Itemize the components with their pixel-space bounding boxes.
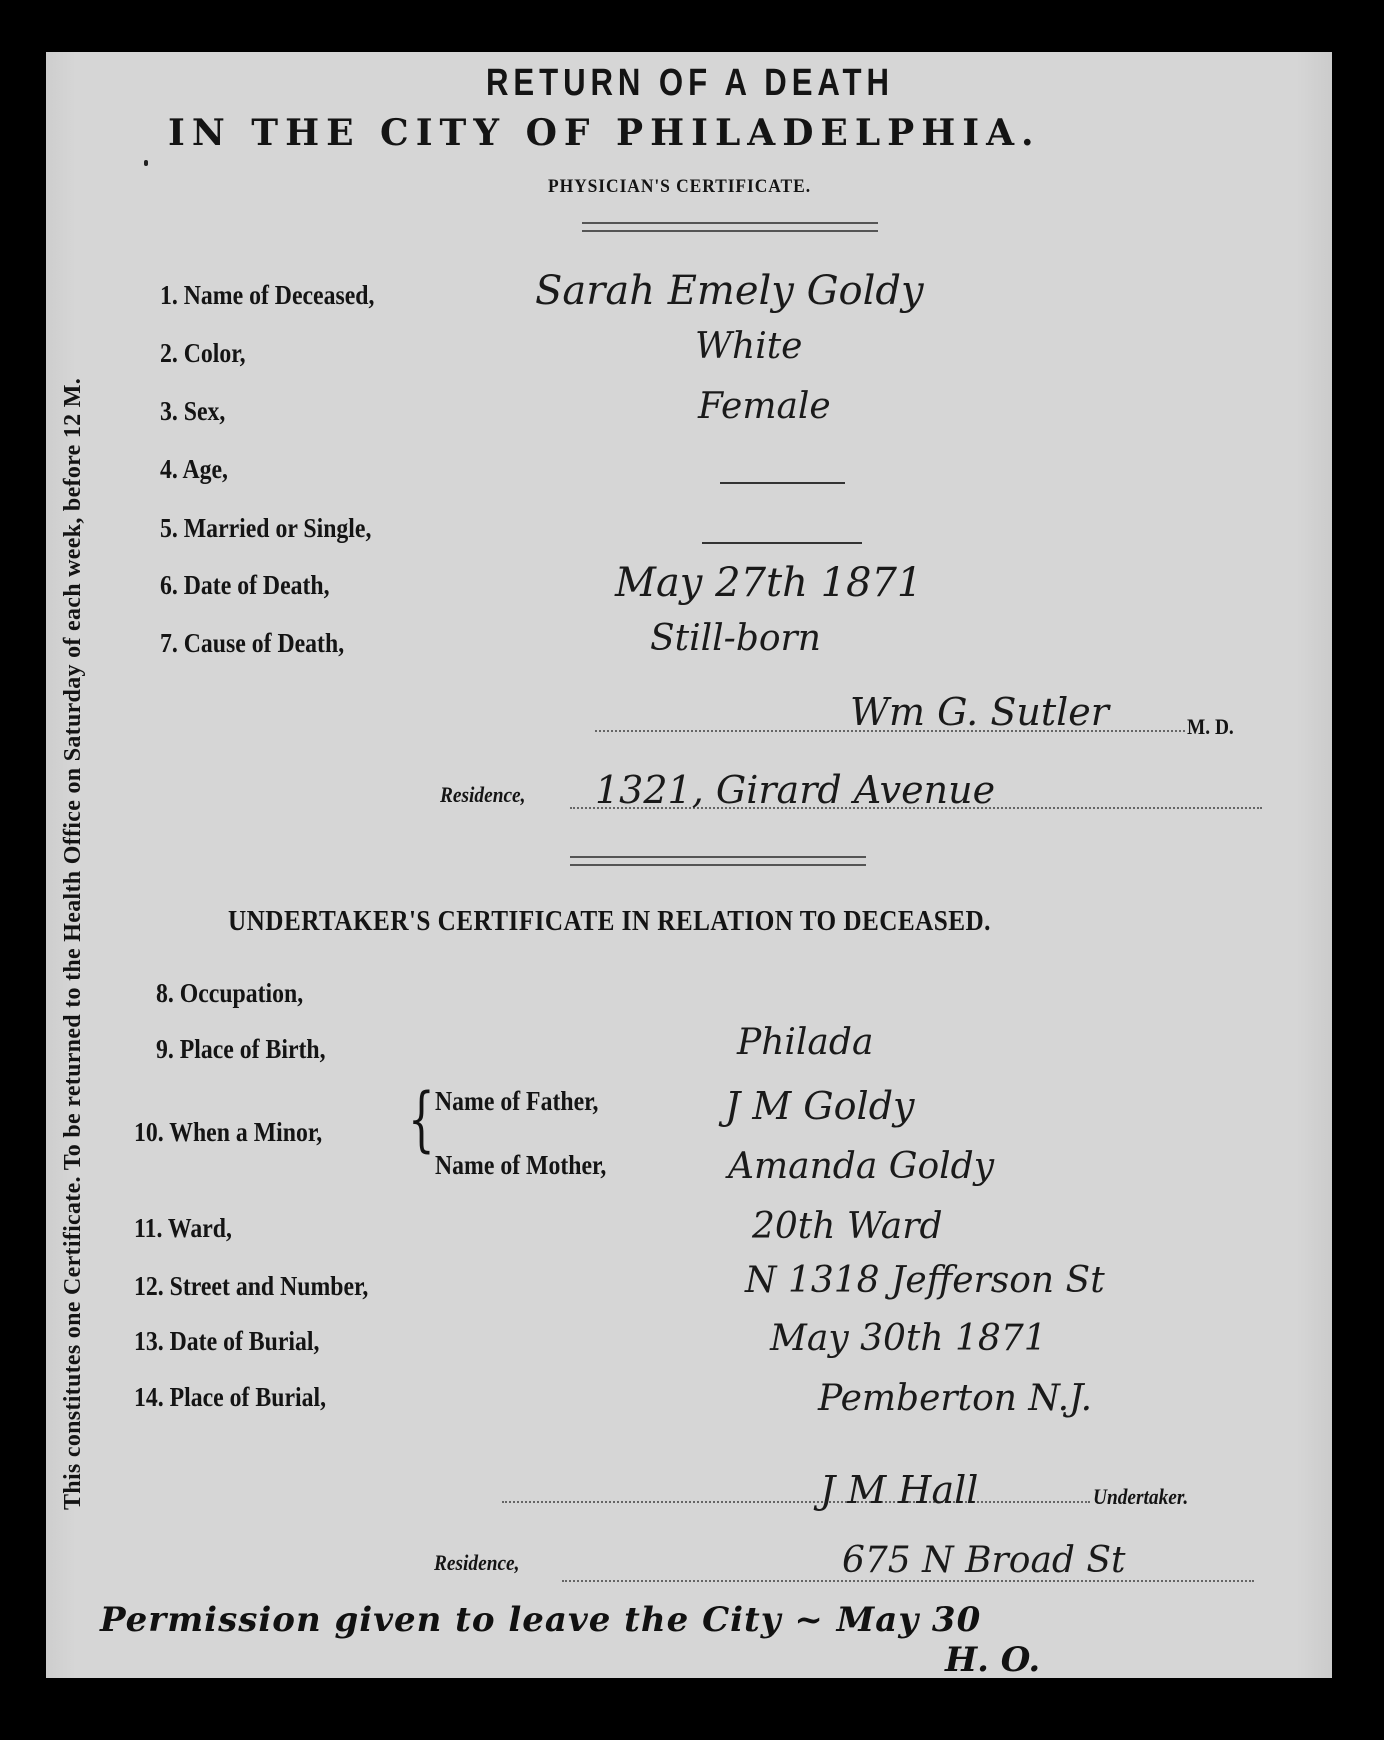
field-value-burial-place: Pemberton N.J.	[818, 1378, 1092, 1419]
undertaker-residence-label: Residence,	[434, 1550, 519, 1576]
md-suffix: M. D.	[1187, 714, 1234, 740]
field-value-sex: Female	[698, 386, 831, 427]
field-label-sex: 3. Sex,	[160, 396, 225, 427]
field-value-date-death: May 27th 1871	[615, 560, 922, 606]
field-label-birthplace: 9. Place of Birth,	[156, 1034, 326, 1065]
field-label-burial-place: 14. Place of Burial,	[134, 1382, 326, 1413]
field-value-name: Sarah Emely Goldy	[535, 268, 924, 314]
field-label-street: 12. Street and Number,	[134, 1271, 368, 1302]
field-label-date-death: 6. Date of Death,	[160, 570, 330, 601]
double-rule	[570, 856, 866, 866]
field-label-burial-date: 13. Date of Burial,	[134, 1326, 319, 1357]
undertaker-residence-value: 675 N Broad St	[842, 1540, 1126, 1581]
field-label-cause: 7. Cause of Death,	[160, 628, 344, 659]
physician-signature: Wm G. Sutler	[850, 690, 1109, 734]
document-title: RETURN OF A DEATH	[486, 62, 894, 105]
field-value-color: White	[695, 326, 802, 367]
field-value-street: N 1318 Jefferson St	[745, 1260, 1105, 1301]
field-value-cause: Still-born	[650, 618, 821, 659]
permission-annotation: Permission given to leave the City ~ May…	[100, 1600, 981, 1640]
document-subtitle: IN THE CITY OF PHILADELPHIA.	[168, 112, 1041, 154]
field-label-marital: 5. Married or Single,	[160, 513, 371, 544]
field-label-occupation: 8. Occupation,	[156, 978, 303, 1009]
undertaker-signature-line	[502, 1501, 1090, 1503]
undertaker-suffix: Undertaker.	[1093, 1484, 1188, 1510]
field-label-minor: 10. When a Minor,	[134, 1117, 322, 1148]
field-value-mother: Amanda Goldy	[728, 1146, 994, 1187]
field-label-ward: 11. Ward,	[134, 1213, 232, 1244]
physician-residence-label: Residence,	[440, 782, 525, 808]
field-value-father: J M Goldy	[725, 1084, 914, 1128]
field-value-burial-date: May 30th 1871	[770, 1318, 1047, 1359]
ink-speck	[144, 160, 148, 166]
brace: {	[408, 1084, 435, 1154]
field-value-birthplace: Philada	[737, 1022, 873, 1063]
field-label-name: 1. Name of Deceased,	[160, 280, 374, 311]
field-value-age-dash	[720, 482, 845, 484]
physician-section-title: PHYSICIAN'S CERTIFICATE.	[548, 176, 811, 198]
physician-residence-value: 1321, Girard Avenue	[595, 768, 995, 812]
field-label-mother: Name of Mother,	[435, 1150, 606, 1181]
field-value-ward: 20th Ward	[752, 1206, 943, 1247]
undertaker-section-title: UNDERTAKER'S CERTIFICATE IN RELATION TO …	[228, 906, 991, 938]
margin-note: This constitutes one Certificate. To be …	[60, 130, 87, 1510]
double-rule	[582, 222, 878, 232]
field-label-age: 4. Age,	[160, 454, 228, 485]
field-label-color: 2. Color,	[160, 338, 246, 369]
health-office-initials: H. O.	[945, 1640, 1040, 1680]
field-label-father: Name of Father,	[435, 1086, 598, 1117]
field-value-marital-dash	[702, 542, 862, 544]
undertaker-signature: J M Hall	[820, 1468, 978, 1512]
